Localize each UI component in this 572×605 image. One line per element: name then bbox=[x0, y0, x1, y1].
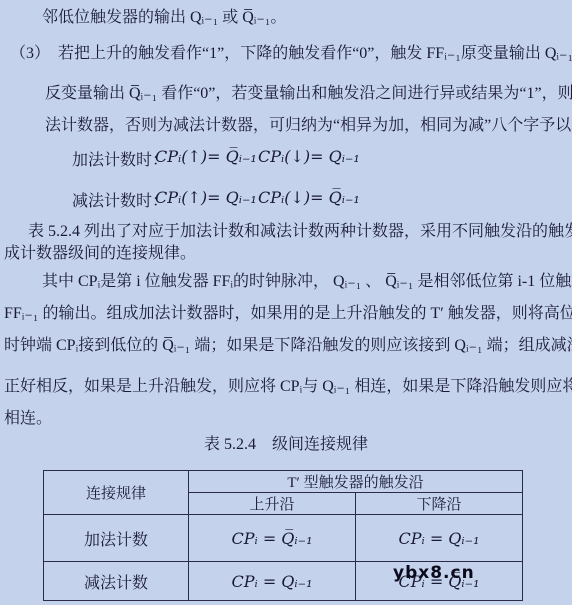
table-span-header: T′ 型触发器的触发沿 bbox=[189, 471, 523, 493]
paragraph-line: 邻低位触发器的输出 Qᵢ₋₁ 或 Q̅ᵢ₋₁。 bbox=[42, 8, 286, 28]
watermark: ybx8.cn bbox=[393, 563, 475, 583]
row-label-add-count: 加法计数 bbox=[44, 515, 189, 562]
formula-label-add: 加法计数时： bbox=[72, 147, 168, 170]
paragraph-line: FFᵢ₋₁ 的输出。组成加法计数器时，如果用的是上升沿触发的 T′ 触发器，则将… bbox=[4, 304, 572, 324]
paragraph-line: 法计数器，否则为减法计数器，可归纳为“相异为加，相同为减”八个字予以记忆。 bbox=[45, 116, 572, 136]
table-row: 加法计数 CPᵢ = Q̅ᵢ₋₁ CPᵢ = Qᵢ₋₁ bbox=[44, 515, 523, 562]
paragraph-line: 相连。 bbox=[4, 409, 52, 429]
formula-add-falling: CPᵢ(↓)= Qᵢ₋₁ bbox=[258, 147, 360, 166]
formula-add-rising: CPᵢ(↑)= Q̅ᵢ₋₁ bbox=[155, 147, 257, 166]
paragraph-item-3: （3） 若把上升的触发看作“1”，下降的触发看作“0”，触发 FFᵢ₋₁原变量输… bbox=[10, 44, 572, 64]
paragraph-line: 正好相反，如果是上升沿触发，则应将 CPᵢ与 Qᵢ₋₁ 相连，如果是下降沿触发则… bbox=[4, 377, 572, 397]
table-col-header-falling: 下降沿 bbox=[356, 493, 523, 515]
cell-subtract-rising: CPᵢ = Qᵢ₋₁ bbox=[189, 562, 356, 601]
cell-add-rising: CPᵢ = Q̅ᵢ₋₁ bbox=[189, 515, 356, 562]
paragraph-line: 反变量输出 Q̅ᵢ₋₁ 看作“0”，若变量输出和触发沿之间进行异或结果为“1”，… bbox=[45, 84, 572, 104]
paragraph-line: 成计数器级间的连接规律。 bbox=[4, 244, 196, 264]
formula-subtract-falling: CPᵢ(↓)= Q̅ᵢ₋₁ bbox=[258, 188, 360, 207]
paragraph-line: 表 5.2.4 列出了对应于加法计数和减法计数两种计数器，采用不同触发沿的触发器… bbox=[28, 222, 572, 242]
paragraph-line: 其中 CPᵢ是第 i 位触发器 FFᵢ的时钟脉冲， Qᵢ₋₁ 、 Q̅ᵢ₋₁ 是… bbox=[42, 272, 572, 292]
cell-add-falling: CPᵢ = Qᵢ₋₁ bbox=[356, 515, 523, 562]
table-caption: 表 5.2.4 级间连接规律 bbox=[0, 431, 572, 454]
table-col-header-rising: 上升沿 bbox=[189, 493, 356, 515]
table-corner-header: 连接规律 bbox=[44, 471, 189, 515]
formula-label-subtract: 减法计数时： bbox=[72, 188, 168, 211]
formula-subtract-rising: CPᵢ(↑)= Qᵢ₋₁ bbox=[155, 188, 257, 207]
document-page: 邻低位触发器的输出 Qᵢ₋₁ 或 Q̅ᵢ₋₁。 （3） 若把上升的触发看作“1”… bbox=[0, 0, 572, 605]
row-label-subtract-count: 减法计数 bbox=[44, 562, 189, 601]
paragraph-line: 时钟端 CPᵢ接到低位的 Q̅ᵢ₋₁ 端；如果是下降沿触发的则应该接到 Qᵢ₋₁… bbox=[4, 336, 572, 356]
